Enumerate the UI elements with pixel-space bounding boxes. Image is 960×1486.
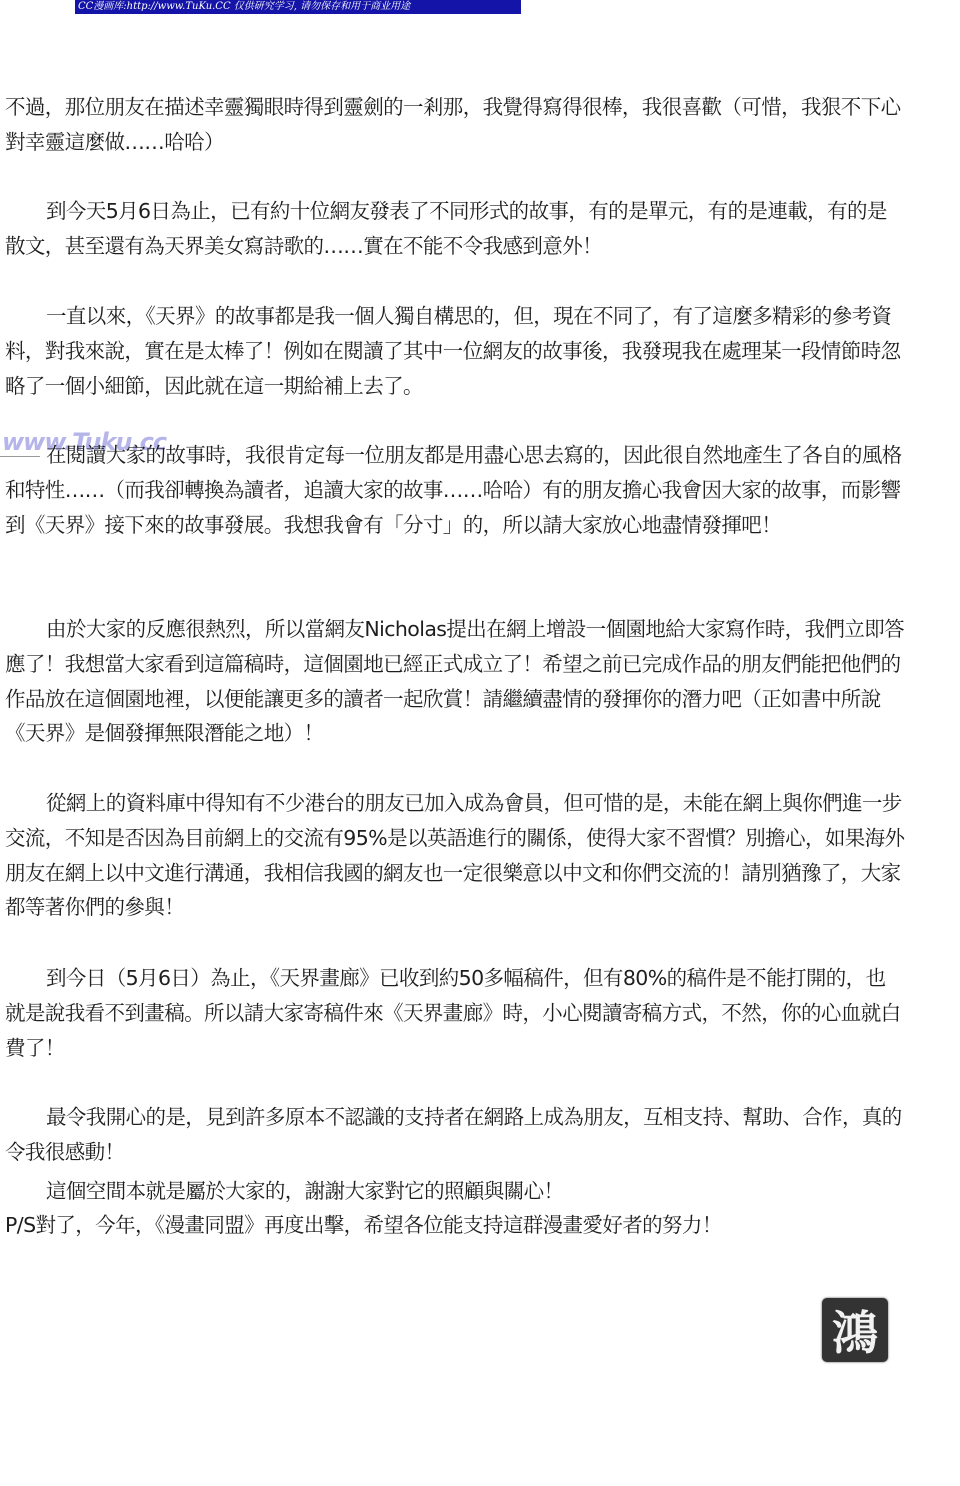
paragraph-3: 一直以來，《天界》的故事都是我一個人獨自構思的，但，現在不同了，有了這麼多精彩的… (5, 299, 905, 403)
seal-glyph: 鴻 (832, 1297, 878, 1363)
paragraph-8: 最令我開心的是，見到許多原本不認識的支持者在網路上成為朋友，互相支持、幫助、合作… (5, 1100, 905, 1170)
paragraph-7: 到今日（5月6日）為止，《天界畫廊》已收到約50多幅稿件，但有80%的稿件是不能… (5, 961, 905, 1065)
paragraph-5: 由於大家的反應很熱烈，所以當網友Nicholas提出在網上增設一個園地給大家寫作… (5, 612, 905, 751)
postscript: P/S對了，今年，《漫畫同盟》再度出擊，希望各位能支持這群漫畫愛好者的努力！ (5, 1208, 905, 1243)
copyright-banner: CC漫画库:http://www.TuKu.CC 仅供研究学习, 请勿保存和用于… (75, 0, 521, 14)
paragraph-2: 到今天5月6日為止，已有約十位網友發表了不同形式的故事，有的是單元，有的是連載，… (5, 194, 905, 264)
author-seal-stamp: 鴻 (822, 1298, 888, 1362)
paragraph-1: 不過，那位朋友在描述幸靈獨眼時得到靈劍的一剎那，我覺得寫得很棒，我很喜歡（可惜，… (5, 90, 905, 160)
paragraph-4: 在閱讀大家的故事時，我很肯定每一位朋友都是用盡心思去寫的，因此很自然地產生了各自… (5, 438, 905, 542)
paragraph-9: 這個空間本就是屬於大家的，謝謝大家對它的照顧與關心！ (5, 1174, 905, 1209)
paragraph-6: 從網上的資料庫中得知有不少港台的朋友已加入成為會員，但可惜的是，未能在網上與你們… (5, 786, 905, 925)
